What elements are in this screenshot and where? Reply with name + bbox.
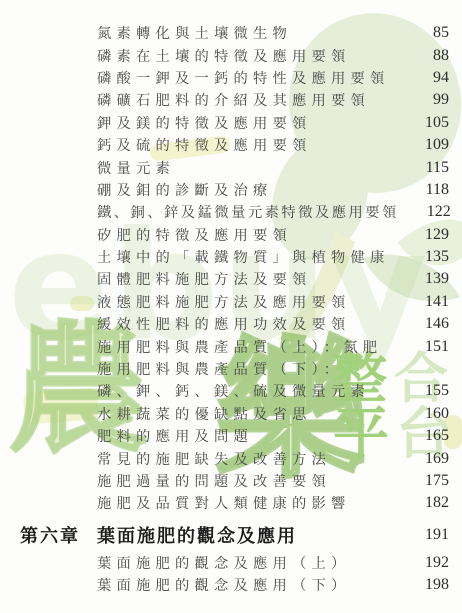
entry-title: 鉀及鎂的特徵及應用要領 <box>97 113 397 133</box>
toc-row: 磷礦石肥料的介紹及其應用要領 99 <box>0 89 462 111</box>
page-number: 122 <box>399 203 451 221</box>
entry-title: 肥料的應用及問題 <box>97 426 397 446</box>
page-number: 191 <box>397 526 449 544</box>
toc-row: 磷酸一鉀及一鈣的特性及應用要領 94 <box>0 67 462 89</box>
page-number: 165 <box>397 427 449 445</box>
toc-page: 氮素轉化與土壤微生物 85 磷素在土壤的特徵及應用要領 88 磷酸一鉀及一鈣的特… <box>0 0 462 613</box>
page-number: 151 <box>397 338 449 356</box>
entry-title: 施用肥料與農產品質（下）： <box>97 359 397 379</box>
toc-row: 緩效性肥料的應用功效及要領 146 <box>0 313 462 335</box>
toc-row: 葉面施肥的觀念及應用（下） 198 <box>0 574 462 596</box>
entry-title: 微量元素 <box>97 158 397 178</box>
entry-title: 緩效性肥料的應用功效及要領 <box>97 314 397 334</box>
entry-title: 矽肥的特徵及應用要領 <box>97 225 397 245</box>
toc-row: 葉面施肥的觀念及應用（上） 192 <box>0 552 462 574</box>
toc-row: 微量元素 115 <box>0 156 462 178</box>
entry-title: 葉面施肥的觀念及應用 <box>97 522 397 548</box>
entry-title: 磷素在土壤的特徵及應用要領 <box>97 46 397 66</box>
page-number: 139 <box>397 270 449 288</box>
page-number: 105 <box>397 114 449 132</box>
entry-title: 磷、鉀、鈣、鎂、硫及微量元素 <box>97 381 397 401</box>
toc-row: 矽肥的特徵及應用要領 129 <box>0 224 462 246</box>
entry-title: 葉面施肥的觀念及應用（下） <box>97 575 397 595</box>
toc-row: 水耕蔬菜的優缺點及省思 160 <box>0 403 462 425</box>
page-number: 198 <box>397 576 449 594</box>
page-number: 129 <box>397 226 449 244</box>
page-number: 169 <box>397 450 449 468</box>
entry-title: 氮素轉化與土壤微生物 <box>97 23 397 43</box>
toc-row: 磷素在土壤的特徵及應用要領 88 <box>0 44 462 66</box>
toc-row: 氮素轉化與土壤微生物 85 <box>0 22 462 44</box>
entry-title: 水耕蔬菜的優缺點及省思 <box>97 404 397 424</box>
toc-row: 磷、鉀、鈣、鎂、硫及微量元素 155 <box>0 380 462 402</box>
toc-row: 鈣及硫的特徵及應用要領 109 <box>0 134 462 156</box>
toc-row: 施肥過量的問題及改善要領 175 <box>0 470 462 492</box>
toc-row: 施用肥料與農產品質（下）： <box>0 358 462 380</box>
entry-title: 鐵、銅、鋅及錳微量元素特徵及應用要領 <box>97 202 399 222</box>
chapter-label: 第六章 <box>20 522 97 548</box>
toc-row: 土壤中的「載鐵物質」與植物健康 135 <box>0 246 462 268</box>
toc-row: 固體肥料施肥方法及要領 139 <box>0 268 462 290</box>
page-number: 160 <box>397 405 449 423</box>
entry-title: 土壤中的「載鐵物質」與植物健康 <box>97 247 397 267</box>
toc-row: 液態肥料施肥方法及應用要領 141 <box>0 291 462 313</box>
page-number: 94 <box>397 69 449 87</box>
page-number: 155 <box>397 382 449 400</box>
page-number: 141 <box>397 293 449 311</box>
toc-row: 鐵、銅、鋅及錳微量元素特徵及應用要領 122 <box>0 201 462 223</box>
page-number: 182 <box>397 494 449 512</box>
toc-row: 第六章 葉面施肥的觀念及應用 191 <box>0 518 462 552</box>
entry-title: 固體肥料施肥方法及要領 <box>97 269 397 289</box>
entry-title: 施肥過量的問題及改善要領 <box>97 471 397 491</box>
toc-row: 鉀及鎂的特徵及應用要領 105 <box>0 112 462 134</box>
entry-title: 磷礦石肥料的介紹及其應用要領 <box>97 90 397 110</box>
entry-title: 葉面施肥的觀念及應用（上） <box>97 553 397 573</box>
entry-title: 施用肥料與農產品質（上）：氮肥 <box>97 337 397 357</box>
page-number: 118 <box>397 181 449 199</box>
page-number: 135 <box>397 248 449 266</box>
page-number: 115 <box>397 159 449 177</box>
page-number: 109 <box>397 136 449 154</box>
page-number: 146 <box>397 315 449 333</box>
page-number: 192 <box>397 554 449 572</box>
entry-title: 常見的施肥缺失及改善方法 <box>97 449 397 469</box>
entry-title: 磷酸一鉀及一鈣的特性及應用要領 <box>97 68 397 88</box>
toc-row: 常見的施肥缺失及改善方法 169 <box>0 447 462 469</box>
page-number: 99 <box>397 91 449 109</box>
toc-row: 肥料的應用及問題 165 <box>0 425 462 447</box>
page-number: 85 <box>397 24 449 42</box>
page-number: 175 <box>397 472 449 490</box>
entry-title: 硼及鉬的診斷及治療 <box>97 180 397 200</box>
toc-row: 施用肥料與農產品質（上）：氮肥 151 <box>0 335 462 357</box>
entry-title: 液態肥料施肥方法及應用要領 <box>97 292 397 312</box>
toc-list: 氮素轉化與土壤微生物 85 磷素在土壤的特徵及應用要領 88 磷酸一鉀及一鈣的特… <box>0 22 462 596</box>
toc-row: 硼及鉬的診斷及治療 118 <box>0 179 462 201</box>
page-number: 88 <box>397 47 449 65</box>
entry-title: 施肥及品質對人類健康的影響 <box>97 493 397 513</box>
entry-title: 鈣及硫的特徵及應用要領 <box>97 135 397 155</box>
toc-row: 施肥及品質對人類健康的影響 182 <box>0 492 462 514</box>
